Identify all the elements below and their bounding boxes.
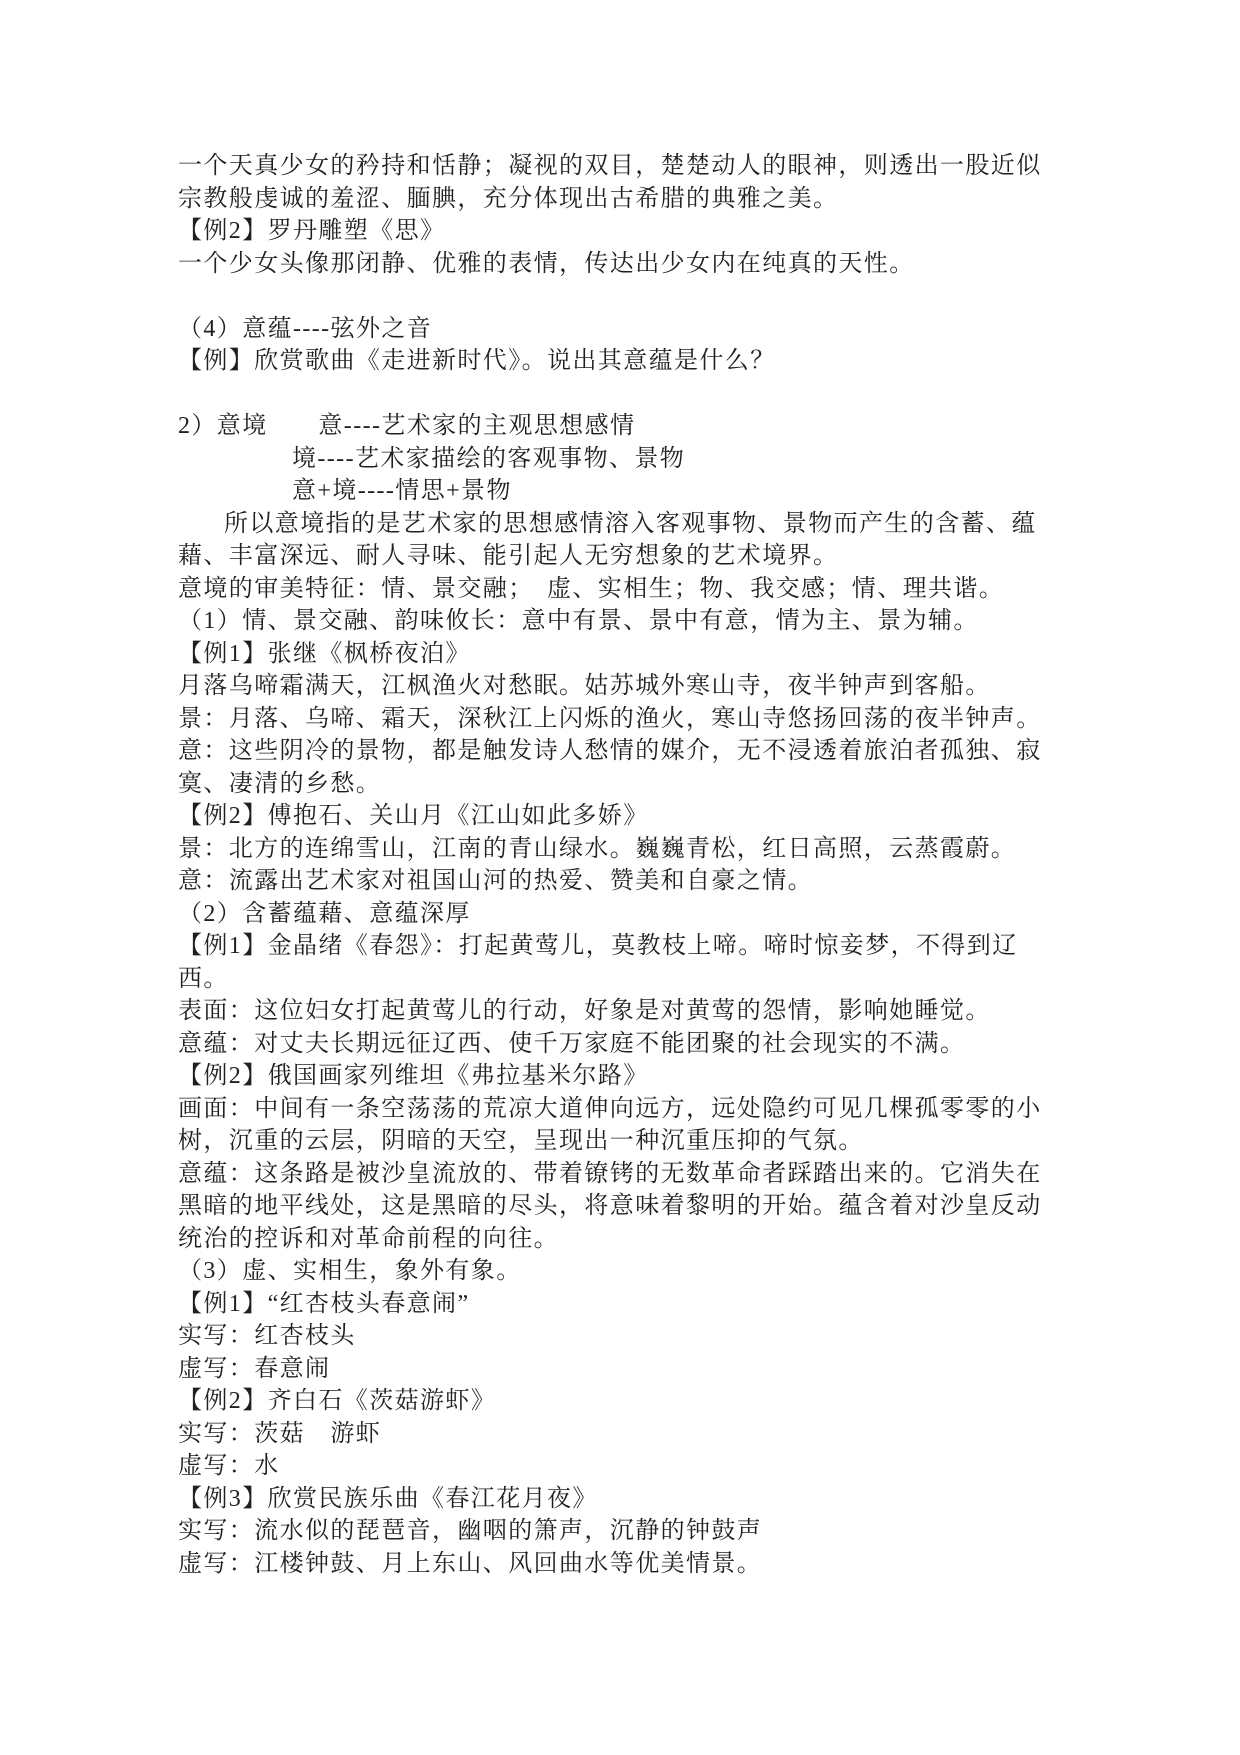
text-line: 实写：红杏枝头 <box>178 1320 1078 1353</box>
page-canvas: 一个天真少女的矜持和恬静；凝视的双目，楚楚动人的眼神，则透出一股近似 宗教般虔诚… <box>0 0 1240 1755</box>
text-line: 意：这些阴冷的景物，都是触发诗人愁情的媒介，无不浸透着旅泊者孤独、寂 <box>178 735 1078 768</box>
text-line: 实写：茨菇 游虾 <box>178 1418 1078 1451</box>
text-line: 虚写：春意闹 <box>178 1353 1078 1386</box>
blank-line <box>178 280 1078 313</box>
text-line: 虚写：水 <box>178 1450 1078 1483</box>
definition-line: 意+境----情思+景物 <box>178 475 1078 508</box>
text-line: 一个天真少女的矜持和恬静；凝视的双目，楚楚动人的眼神，则透出一股近似 <box>178 150 1078 183</box>
example-heading-line: 【例2】傅抱石、关山月《江山如此多娇》 <box>178 800 1078 833</box>
text-line: 所以意境指的是艺术家的思想感情溶入客观事物、景物而产生的含蓄、蕴 <box>178 508 1078 541</box>
example-heading-line: 【例2】齐白石《茨菇游虾》 <box>178 1385 1078 1418</box>
text-line: 表面：这位妇女打起黄莺儿的行动，好象是对黄莺的怨情，影响她睡觉。 <box>178 995 1078 1028</box>
text-line: 景：月落、乌啼、霜天，深秋江上闪烁的渔火，寒山寺悠扬回荡的夜半钟声。 <box>178 703 1078 736</box>
example-heading-line: 【例2】俄国画家列维坦《弗拉基米尔路》 <box>178 1060 1078 1093</box>
text-line: 意蕴：这条路是被沙皇流放的、带着镣铐的无数革命者踩踏出来的。它消失在 <box>178 1158 1078 1191</box>
section-heading-line: （1）情、景交融、韵味攸长：意中有景、景中有意，情为主、景为辅。 <box>178 605 1078 638</box>
text-line: 月落乌啼霜满天，江枫渔火对愁眠。姑苏城外寒山寺，夜半钟声到客船。 <box>178 670 1078 703</box>
text-line: 意境的审美特征：情、景交融； 虚、实相生；物、我交感；情、理共谐。 <box>178 573 1078 606</box>
text-line: 虚写：江楼钟鼓、月上东山、风回曲水等优美情景。 <box>178 1548 1078 1581</box>
text-line: 意：流露出艺术家对祖国山河的热爱、赞美和自豪之情。 <box>178 865 1078 898</box>
text-line: 树，沉重的云层，阴暗的天空，呈现出一种沉重压抑的气氛。 <box>178 1125 1078 1158</box>
text-line: 景：北方的连绵雪山，江南的青山绿水。巍巍青松，红日高照，云蒸霞蔚。 <box>178 833 1078 866</box>
text-block: 一个天真少女的矜持和恬静；凝视的双目，楚楚动人的眼神，则透出一股近似 宗教般虔诚… <box>178 150 1078 1580</box>
text-line: 实写：流水似的琵琶音，幽咽的箫声，沉静的钟鼓声 <box>178 1515 1078 1548</box>
definition-line: 境----艺术家描绘的客观事物、景物 <box>178 443 1078 476</box>
example-heading-line: 【例1】张继《枫桥夜泊》 <box>178 638 1078 671</box>
text-line: 宗教般虔诚的羞涩、腼腆，充分体现出古希腊的典雅之美。 <box>178 183 1078 216</box>
example-heading-line: 【例1】金晶绪《春怨》：打起黄莺儿，莫教枝上啼。啼时惊妾梦，不得到辽 <box>178 930 1078 963</box>
section-heading-line: 2）意境 意----艺术家的主观思想感情 <box>178 410 1078 443</box>
text-line: 一个少女头像那闭静、优雅的表情，传达出少女内在纯真的天性。 <box>178 248 1078 281</box>
text-line: 黑暗的地平线处，这是黑暗的尽头，将意味着黎明的开始。蕴含着对沙皇反动 <box>178 1190 1078 1223</box>
example-heading-line: 【例3】欣赏民族乐曲《春江花月夜》 <box>178 1483 1078 1516</box>
text-line: 统治的控诉和对革命前程的向往。 <box>178 1223 1078 1256</box>
text-line: 画面：中间有一条空荡荡的荒凉大道伸向远方，远处隐约可见几棵孤零零的小 <box>178 1093 1078 1126</box>
text-line: 寞、凄清的乡愁。 <box>178 768 1078 801</box>
example-heading-line: 【例2】罗丹雕塑《思》 <box>178 215 1078 248</box>
section-heading-line: （2）含蓄蕴藉、意蕴深厚 <box>178 898 1078 931</box>
section-heading-line: （3）虚、实相生，象外有象。 <box>178 1255 1078 1288</box>
example-heading-line: 【例1】“红杏枝头春意闹” <box>178 1288 1078 1321</box>
example-heading-line: 【例】欣赏歌曲《走进新时代》。说出其意蕴是什么？ <box>178 345 1078 378</box>
section-heading-line: （4）意蕴----弦外之音 <box>178 313 1078 346</box>
blank-line <box>178 378 1078 411</box>
text-line: 意蕴：对丈夫长期远征辽西、使千万家庭不能团聚的社会现实的不满。 <box>178 1028 1078 1061</box>
text-line: 西。 <box>178 963 1078 996</box>
text-line: 藉、丰富深远、耐人寻味、能引起人无穷想象的艺术境界。 <box>178 540 1078 573</box>
document-page: { "page": { "background_color": "#ffffff… <box>0 0 1240 1755</box>
